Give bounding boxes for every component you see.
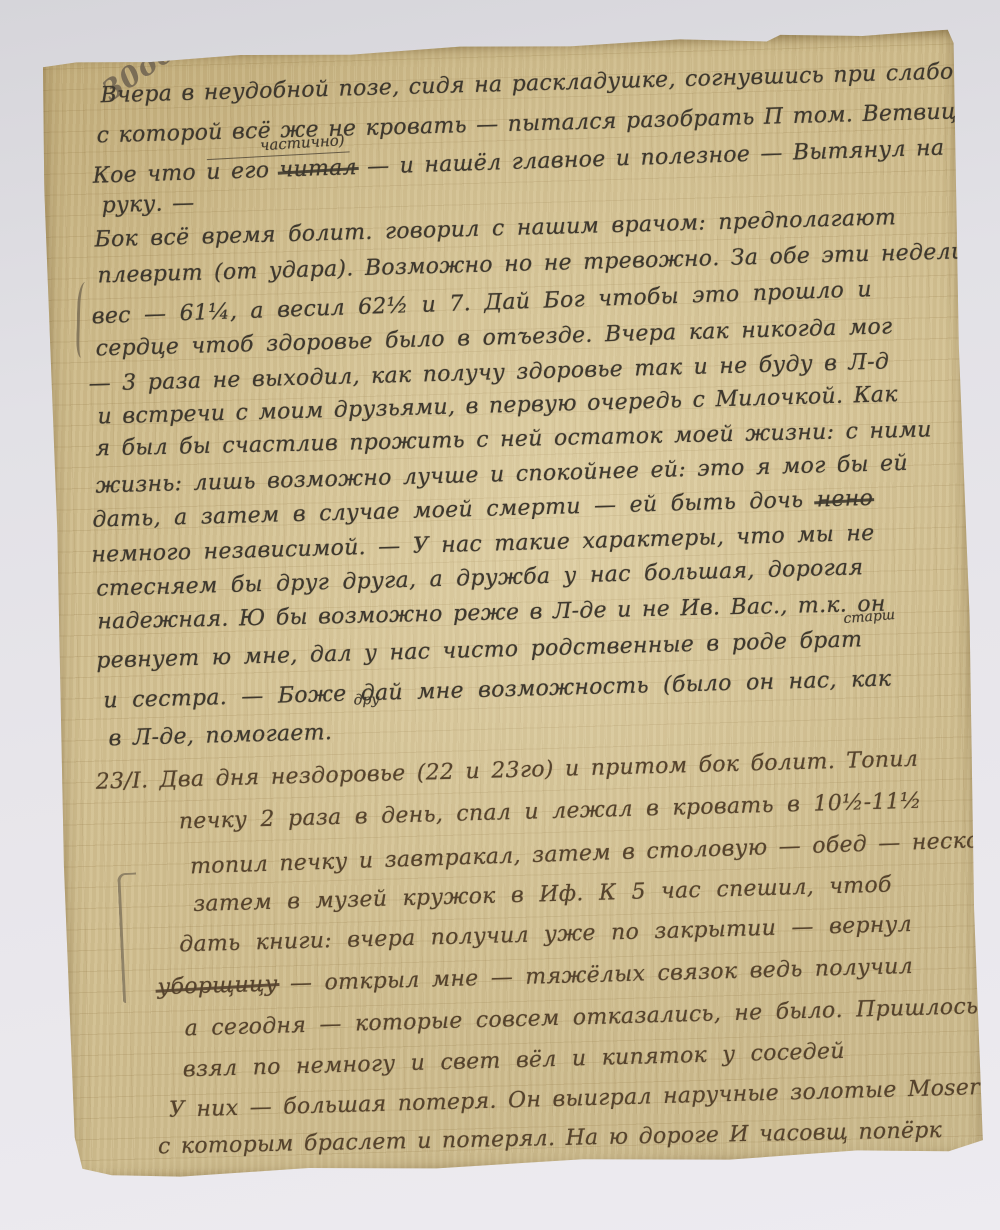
manuscript-text-block: Вчера в неудобной позе, сидя на раскладу… bbox=[39, 29, 954, 55]
interlinear-insertion-3: дру bbox=[353, 692, 379, 709]
manuscript-line: 23/I. Два дня нездоровье (22 и 23го) и п… bbox=[95, 747, 918, 795]
struck-word: нено bbox=[816, 486, 873, 513]
manuscript-line: печку 2 раза в день, спал и лежал в кров… bbox=[179, 789, 922, 835]
struck-word: читал bbox=[279, 155, 357, 183]
margin-pencil-mark-1 bbox=[76, 282, 91, 358]
manuscript-line: топил печку и завтракал, затем в столову… bbox=[190, 826, 1000, 879]
manuscript-line: затем в музей кружок в Иф. К 5 час спеши… bbox=[193, 873, 892, 918]
manuscript-line: руку. — bbox=[101, 191, 195, 219]
interlinear-insertion-2: старш bbox=[843, 607, 896, 627]
manuscript-page: 30об Вчера в неудобной позе, сидя на рас… bbox=[39, 29, 985, 1182]
manuscript-line: ревнует ю мне, дал у нас чисто родственн… bbox=[96, 627, 863, 673]
manuscript-line: в Л-де, помогает. bbox=[108, 720, 332, 751]
manuscript-line: взял по немногу и свет вёл и кипяток у с… bbox=[182, 1039, 845, 1082]
photo-backdrop: 30об Вчера в неудобной позе, сидя на рас… bbox=[0, 0, 1000, 1230]
manuscript-line: дать книги: вчера получил уже по закрыти… bbox=[179, 912, 912, 957]
struck-word: уборщицу bbox=[157, 972, 278, 1000]
margin-pencil-mark-2 bbox=[117, 872, 142, 1003]
manuscript-line: а сегодня — которые совсем отказались, н… bbox=[184, 994, 978, 1041]
interlinear-insertion-1: частично) bbox=[260, 131, 346, 154]
manuscript-line: уборщицу — открыл мне — тяжёлых связок в… bbox=[157, 954, 913, 1000]
manuscript-line: и сестра. — Боже дай мне возможность (бы… bbox=[103, 666, 892, 713]
manuscript-line: У них — большая потеря. Он выиграл наруч… bbox=[169, 1075, 981, 1123]
manuscript-line: с которым браслет и потерял. На ю дороге… bbox=[158, 1118, 943, 1159]
manuscript-line: Вчера в неудобной позе, сидя на раскладу… bbox=[100, 56, 1000, 109]
